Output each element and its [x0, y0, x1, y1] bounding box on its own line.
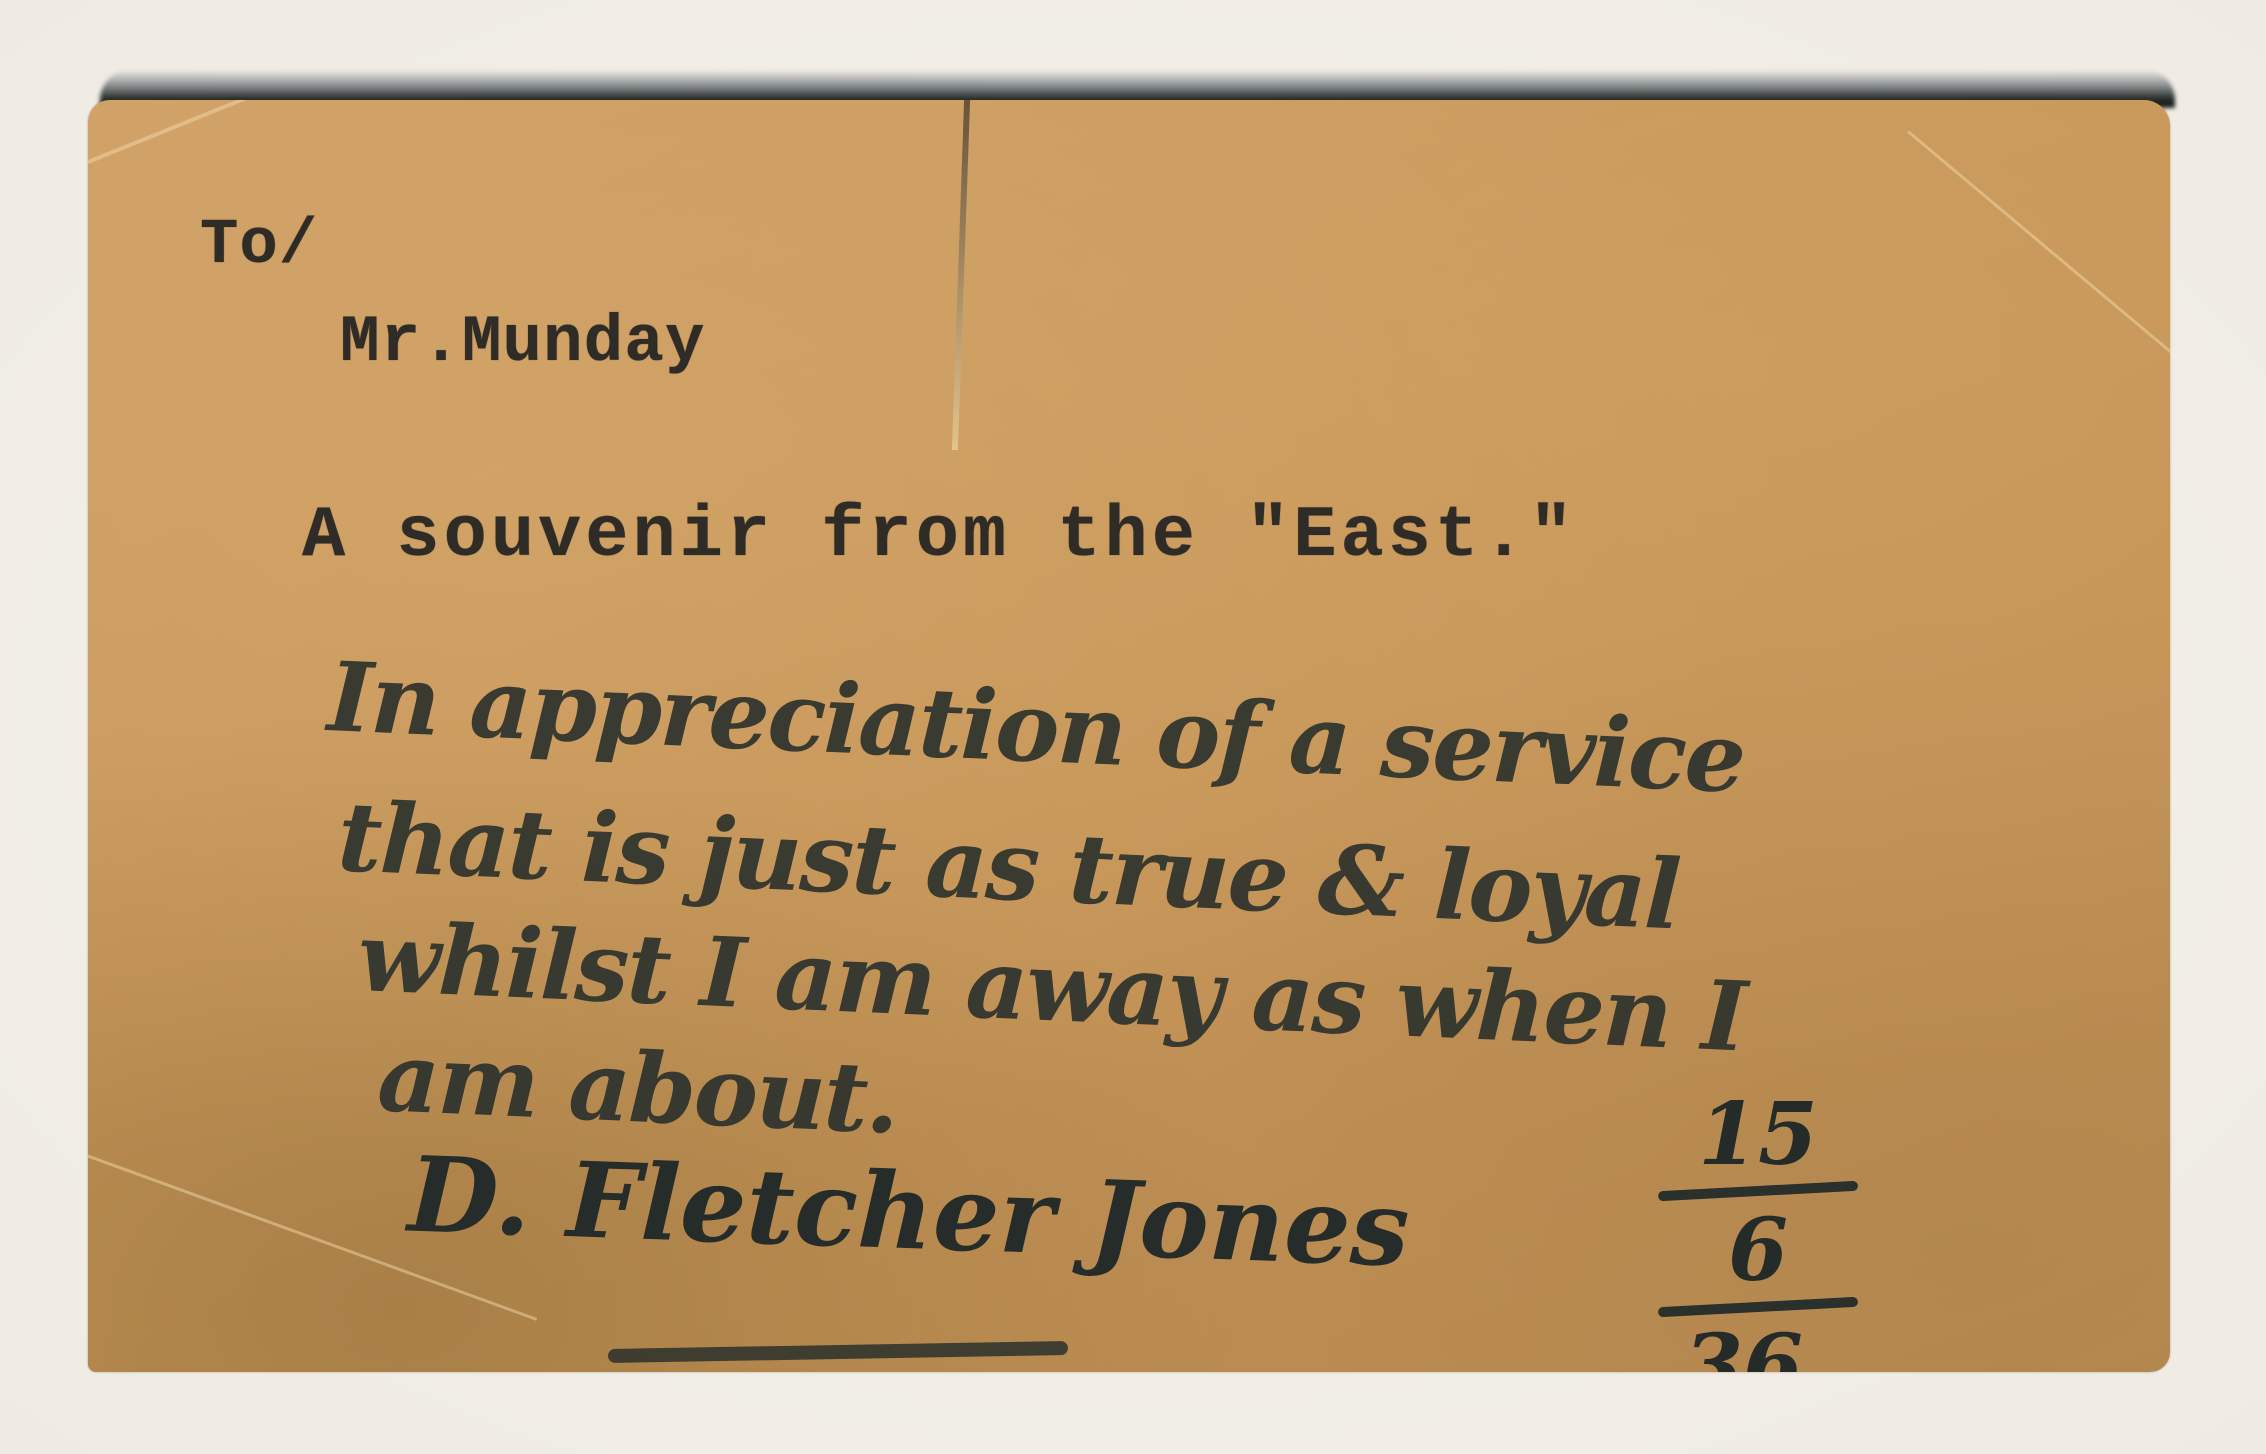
crease-top-right	[1907, 130, 2170, 402]
handwritten-date: 15 6 36.	[1648, 1090, 1868, 1372]
recipient-name: Mr.Munday	[340, 305, 705, 380]
souvenir-headline: A souvenir from the "East."	[302, 495, 1577, 577]
to-label: To/	[200, 210, 318, 282]
signature-underline	[608, 1341, 1068, 1363]
date-day: 15	[1648, 1090, 1868, 1180]
crease-top-left	[88, 100, 738, 164]
souvenir-card: To/ Mr.Munday A souvenir from the "East.…	[88, 100, 2170, 1372]
top-tear	[952, 100, 970, 450]
date-month: 6	[1648, 1206, 1868, 1296]
signature: D. Fletcher Jones	[406, 1133, 1411, 1291]
date-year: 36.	[1648, 1322, 1868, 1372]
